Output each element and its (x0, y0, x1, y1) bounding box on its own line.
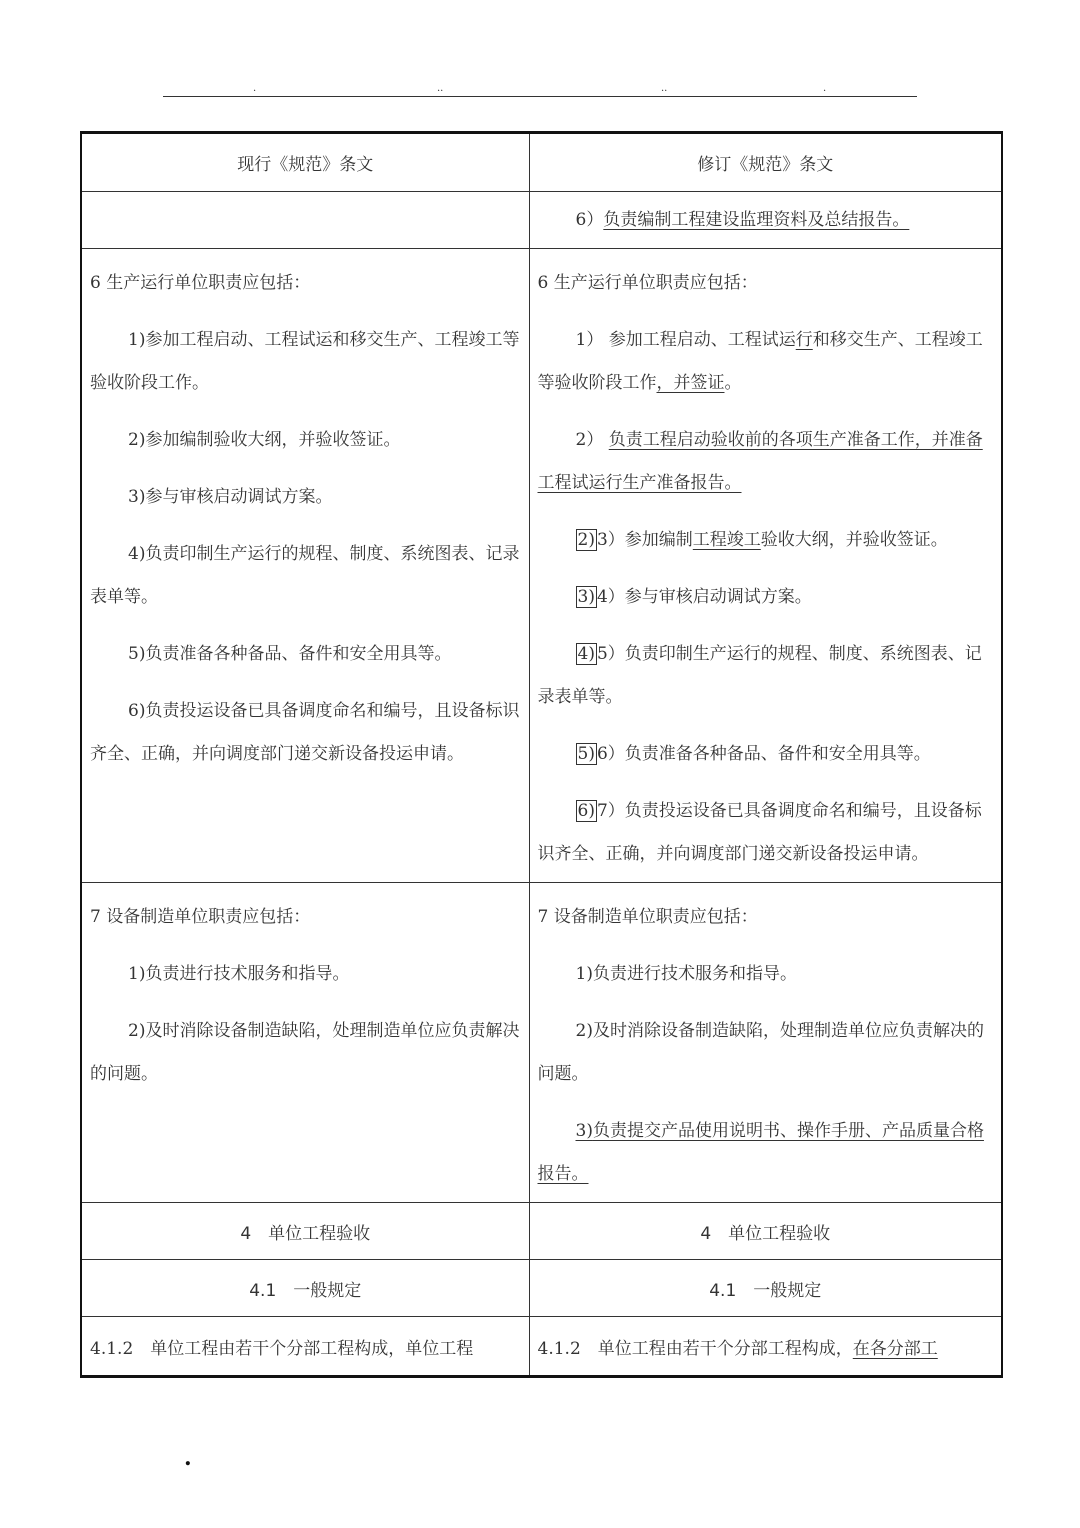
cell-current-production: 6 生产运行单位职责应包括： 1)参加工程启动、工程试运和移交生产、工程竣工等验… (81, 249, 529, 883)
item-number: 6） (576, 210, 604, 230)
item-number: 2） (576, 430, 604, 450)
column-header-current: 现行《规范》条文 (81, 133, 529, 192)
clause-revised-4-1-2: 4.1.2 单位工程由若干个分部工程构成，在各分部工 (529, 1317, 1002, 1377)
added-text: ，并签证 (657, 373, 725, 393)
item-number: 3) (576, 1121, 593, 1141)
clause-title: 7 设备制造单位职责应包括： (538, 896, 994, 939)
item-number: 5） (597, 644, 625, 664)
item-text: 参加工程启动、工程试运 (609, 330, 796, 350)
table-row: 4 单位工程验收 4 单位工程验收 (81, 1203, 1002, 1260)
old-number-box: 3) (576, 586, 597, 608)
header-dot: .. (661, 84, 667, 94)
added-text: 负责工程启动验收前的各项生产准备工作，并准备工程试运行生产准备报告。 (538, 430, 983, 493)
clause-title: 6 生产运行单位职责应包括： (90, 262, 521, 305)
item-text: 参加编制 (625, 530, 693, 550)
clause-item: 1)负责进行技术服务和指导。 (90, 953, 521, 996)
item-number: 1） (576, 330, 604, 350)
added-text: 负责编制工程建设监理资料及总结报告。 (603, 210, 909, 230)
section-heading-revised: 4 单位工程验收 (529, 1203, 1002, 1260)
clause-item: 2)3）参加编制工程竣工验收大纲，并验收签证。 (538, 519, 994, 562)
added-text: 行 (796, 330, 813, 350)
table-row: 4.1 一般规定 4.1 一般规定 (81, 1260, 1002, 1317)
header-dot: . (253, 84, 256, 94)
page-header-rule (163, 96, 917, 97)
cell-revised-production: 6 生产运行单位职责应包括： 1） 参加工程启动、工程试运行和移交生产、工程竣工… (529, 249, 1002, 883)
cell-revised-supervision: 6）负责编制工程建设监理资料及总结报告。 (529, 192, 1002, 249)
item-number: 6） (597, 744, 625, 764)
clause-title: 7 设备制造单位职责应包括： (90, 896, 521, 939)
item-text: 负责准备各种备品、备件和安全用具等。 (625, 744, 931, 764)
clause-item: 4)负责印制生产运行的规程、制度、系统图表、记录表单等。 (90, 533, 521, 619)
old-number-box: 2) (576, 529, 597, 551)
section-heading-current: 4 单位工程验收 (81, 1203, 529, 1260)
clause-item: 3)4）参与审核启动调试方案。 (538, 576, 994, 619)
clause-item: 1)参加工程启动、工程试运和移交生产、工程竣工等验收阶段工作。 (90, 319, 521, 405)
clause-item: 1） 参加工程启动、工程试运行和移交生产、工程竣工等验收阶段工作，并签证。 (538, 319, 994, 405)
table-row: 6 生产运行单位职责应包括： 1)参加工程启动、工程试运和移交生产、工程竣工等验… (81, 249, 1002, 883)
clause-text: 4.1.2 单位工程由若干个分部工程构成， (538, 1339, 853, 1359)
clause-item: 5)6）负责准备各种备品、备件和安全用具等。 (538, 733, 994, 776)
item-number: 4） (597, 587, 625, 607)
clause-title: 6 生产运行单位职责应包括： (538, 262, 994, 305)
clause-item: 2） 负责工程启动验收前的各项生产准备工作，并准备工程试运行生产准备报告。 (538, 419, 994, 505)
added-text: 在各分部工 (853, 1339, 938, 1359)
clause-item: 4)5）负责印制生产运行的规程、制度、系统图表、记录表单等。 (538, 633, 994, 719)
old-number-box: 5) (576, 743, 597, 765)
table-header-row: 现行《规范》条文 修订《规范》条文 (81, 133, 1002, 192)
item-number: 3） (597, 530, 625, 550)
clause-item: 3)参与审核启动调试方案。 (90, 476, 521, 519)
added-text: 负责提交产品使用说明书、操作手册、产品质量合格报告。 (538, 1121, 984, 1184)
header-dot: . (823, 84, 826, 94)
column-header-revised: 修订《规范》条文 (529, 133, 1002, 192)
clause-item: 2)参加编制验收大纲，并验收签证。 (90, 419, 521, 462)
cell-current-empty (81, 192, 529, 249)
table-row: 6）负责编制工程建设监理资料及总结报告。 (81, 192, 1002, 249)
cell-current-manufacturer: 7 设备制造单位职责应包括： 1)负责进行技术服务和指导。 2)及时消除设备制造… (81, 883, 529, 1203)
old-number-box: 4) (576, 643, 597, 665)
subsection-heading-revised: 4.1 一般规定 (529, 1260, 1002, 1317)
clause-item: 2)及时消除设备制造缺陷，处理制造单位应负责解决的问题。 (90, 1010, 521, 1096)
clause-text: 4.1.2 单位工程由若干个分部工程构成，单位工程 (90, 1339, 473, 1359)
header-dot: .. (437, 84, 443, 94)
item-number: 7） (597, 801, 625, 821)
item-text: 。 (725, 373, 742, 393)
clause-item: 6)负责投运设备已具备调度命名和编号，且设备标识齐全、正确，并向调度部门递交新设… (90, 690, 521, 776)
item-text: 参与审核启动调试方案。 (625, 587, 812, 607)
clause-current-4-1-2: 4.1.2 单位工程由若干个分部工程构成，单位工程 (81, 1317, 529, 1377)
table-row: 4.1.2 单位工程由若干个分部工程构成，单位工程 4.1.2 单位工程由若干个… (81, 1317, 1002, 1377)
clause-item: 3)负责提交产品使用说明书、操作手册、产品质量合格报告。 (538, 1110, 994, 1196)
table-row: 7 设备制造单位职责应包括： 1)负责进行技术服务和指导。 2)及时消除设备制造… (81, 883, 1002, 1203)
clause-item: 2)及时消除设备制造缺陷，处理制造单位应负责解决的问题。 (538, 1010, 994, 1096)
comparison-table: 现行《规范》条文 修订《规范》条文 6）负责编制工程建设监理资料及总结报告。 6… (80, 131, 1003, 1378)
clause-item: 5)负责准备各种备品、备件和安全用具等。 (90, 633, 521, 676)
cell-revised-manufacturer: 7 设备制造单位职责应包括： 1)负责进行技术服务和指导。 2)及时消除设备制造… (529, 883, 1002, 1203)
item-text: 验收大纲，并验收签证。 (761, 530, 948, 550)
old-number-box: 6) (576, 800, 597, 822)
subsection-heading-current: 4.1 一般规定 (81, 1260, 529, 1317)
clause-item: 6)7）负责投运设备已具备调度命名和编号，且设备标识齐全、正确，并向调度部门递交… (538, 790, 994, 876)
clause-item: 1)负责进行技术服务和指导。 (538, 953, 994, 996)
added-text: 工程竣工 (693, 530, 761, 550)
footer-dot: . (184, 1448, 192, 1468)
